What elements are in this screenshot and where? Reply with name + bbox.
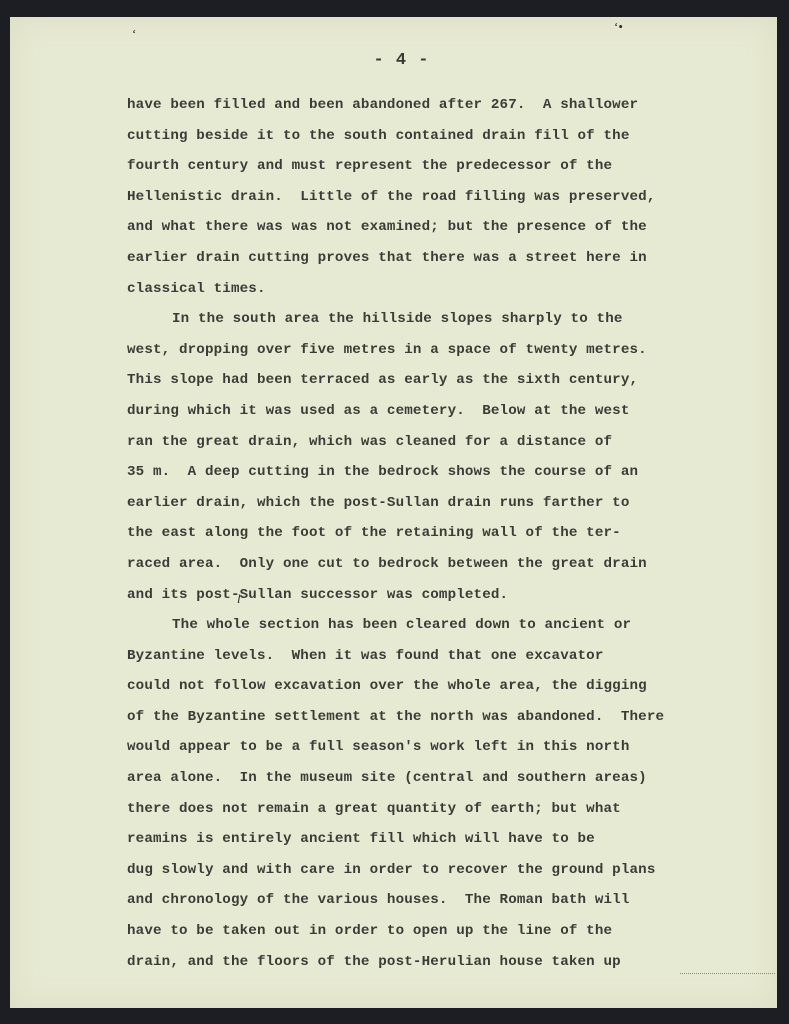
text-line: could not follow excavation over the who… [127, 671, 747, 702]
text-line: of the Byzantine settlement at the north… [127, 702, 747, 733]
margin-speck: ‘• [614, 19, 623, 35]
text-line: have been filled and been abandoned afte… [127, 90, 747, 121]
text-line: Byzantine levels. When it was found that… [127, 641, 747, 672]
handwritten-correction: l [237, 591, 241, 607]
text-line: fourth century and must represent the pr… [127, 151, 747, 182]
text-line: 35 m. A deep cutting in the bedrock show… [127, 457, 747, 488]
text-line: dug slowly and with care in order to rec… [127, 855, 747, 886]
page-number: - 4 - [10, 51, 785, 70]
paragraph-start-line: In the south area the hillside slopes sh… [127, 304, 747, 335]
text-line: earlier drain, which the post-Sullan dra… [127, 488, 747, 519]
text-line: have to be taken out in order to open up… [127, 916, 747, 947]
text-line: classical times. [127, 274, 747, 305]
text-line: and chronology of the various houses. Th… [127, 885, 747, 916]
text-line: ran the great drain, which was cleaned f… [127, 427, 747, 458]
text-line: Hellenistic drain. Little of the road fi… [127, 182, 747, 213]
text-line: the east along the foot of the retaining… [127, 518, 747, 549]
paragraph-start-line: The whole section has been cleared down … [127, 610, 747, 641]
text-line: during which it was used as a cemetery. … [127, 396, 747, 427]
text-line: This slope had been terraced as early as… [127, 365, 747, 396]
document-page: - 4 - ʻ ‘• have been filled and been aba… [10, 17, 777, 1008]
body-text: have been filled and been abandoned afte… [127, 90, 747, 977]
text-line: drain, and the floors of the post-Heruli… [127, 947, 747, 978]
text-line: west, dropping over five metres in a spa… [127, 335, 747, 366]
text-line: earlier drain cutting proves that there … [127, 243, 747, 274]
text-line: there does not remain a great quantity o… [127, 794, 747, 825]
text-line: cutting beside it to the south contained… [127, 121, 747, 152]
margin-speck: ʻ [132, 26, 136, 42]
text-line: and what there was was not examined; but… [127, 212, 747, 243]
text-line: raced area. Only one cut to bedrock betw… [127, 549, 747, 580]
text-line: area alone. In the museum site (central … [127, 763, 747, 794]
text-line: reamins is entirely ancient fill which w… [127, 824, 747, 855]
text-line: would appear to be a full season's work … [127, 732, 747, 763]
edge-mark [680, 973, 775, 975]
text-line: and its post-Sullan successor was comple… [127, 580, 747, 611]
